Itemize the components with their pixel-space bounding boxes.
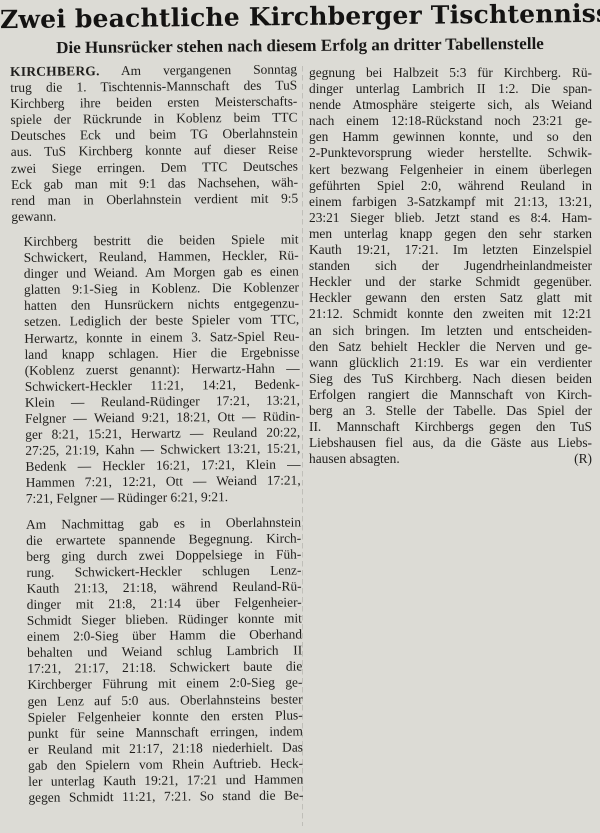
paragraph-2: Kirchberg bestritt die beiden Spiele mit… [11,231,300,507]
dateline: KIRCHBERG. [10,63,100,79]
subheadline: Die Hunsrücker stehen nach diesem Erfolg… [0,33,600,58]
paragraph-3: Am Nachmittag gab es in Oberlahnstein di… [14,514,304,806]
author-signature: (R) [574,451,592,467]
left-column: KIRCHBERG. Am vergangenen Sonntag trug d… [10,61,303,806]
headline: Zwei beachtliche Kirchberger Tischtennis… [0,0,600,34]
right-column: gegnung bei Halbzeit 5:3 für Kirchberg. … [309,65,592,467]
paragraph-continued: gegnung bei Halbzeit 5:3 für Kirchberg. … [309,65,592,467]
paragraph-1: KIRCHBERG. Am vergangenen Sonntag trug d… [10,61,298,224]
